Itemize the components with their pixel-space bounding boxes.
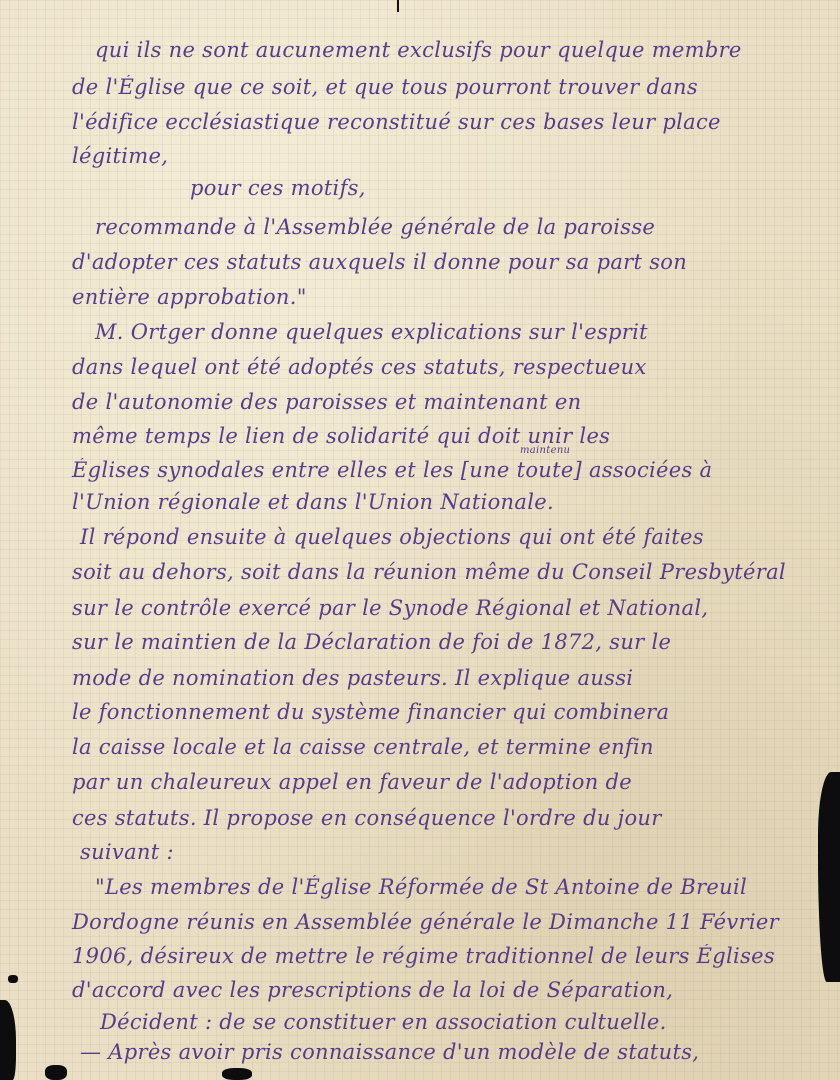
damage-spot	[45, 1065, 67, 1080]
torn-edge-right	[818, 772, 840, 982]
text-line: légitime,	[72, 144, 168, 168]
text-line: M. Ortger donne quelques explications su…	[95, 320, 648, 344]
text-line: "Les membres de l'Église Réformée de St …	[95, 875, 747, 899]
text-line: d'adopter ces statuts auxquels il donne …	[72, 250, 687, 274]
text-line: de l'Église que ce soit, et que tous pou…	[72, 75, 698, 99]
text-line: sur le contrôle exercé par le Synode Rég…	[72, 596, 708, 620]
text-line: la caisse locale et la caisse centrale, …	[72, 735, 654, 759]
text-line: mode de nomination des pasteurs. Il expl…	[72, 666, 633, 690]
text-line: d'accord avec les prescriptions de la lo…	[72, 978, 673, 1002]
text-line: recommande à l'Assemblée générale de la …	[95, 215, 655, 239]
manuscript-page: qui ils ne sont aucunement exclusifs pou…	[0, 0, 840, 1080]
text-line: qui ils ne sont aucunement exclusifs pou…	[95, 38, 742, 62]
interlinear-insertion: maintenu	[520, 445, 570, 456]
text-line: l'édifice ecclésiastique reconstitué sur…	[72, 110, 721, 134]
text-line: Églises synodales entre elles et les [un…	[72, 458, 712, 482]
text-line: de l'autonomie des paroisses et maintena…	[72, 390, 581, 414]
text-line: Dordogne réunis en Assemblée générale le…	[72, 910, 779, 934]
ink-mark	[397, 0, 399, 12]
text-line: l'Union régionale et dans l'Union Nation…	[72, 490, 554, 514]
text-line: sur le maintien de la Déclaration de foi…	[72, 630, 671, 654]
text-line: entière approbation."	[72, 285, 307, 309]
text-line: ces statuts. Il propose en conséquence l…	[72, 806, 662, 830]
text-line: Décident : de se constituer en associati…	[100, 1010, 667, 1034]
damage-spot	[222, 1068, 252, 1080]
text-line: — Après avoir pris connaissance d'un mod…	[80, 1040, 699, 1064]
damage-spot	[8, 975, 18, 983]
text-line: suivant :	[80, 840, 174, 864]
torn-edge-left	[0, 1000, 16, 1080]
text-line: dans lequel ont été adoptés ces statuts,…	[72, 355, 647, 379]
text-line: le fonctionnement du système financier q…	[72, 700, 669, 724]
text-line: pour ces motifs,	[190, 176, 366, 200]
text-line: 1906, désireux de mettre le régime tradi…	[72, 944, 775, 968]
text-line: Il répond ensuite à quelques objections …	[80, 525, 704, 549]
text-line: par un chaleureux appel en faveur de l'a…	[72, 770, 632, 794]
text-line: soit au dehors, soit dans la réunion mêm…	[72, 560, 786, 584]
